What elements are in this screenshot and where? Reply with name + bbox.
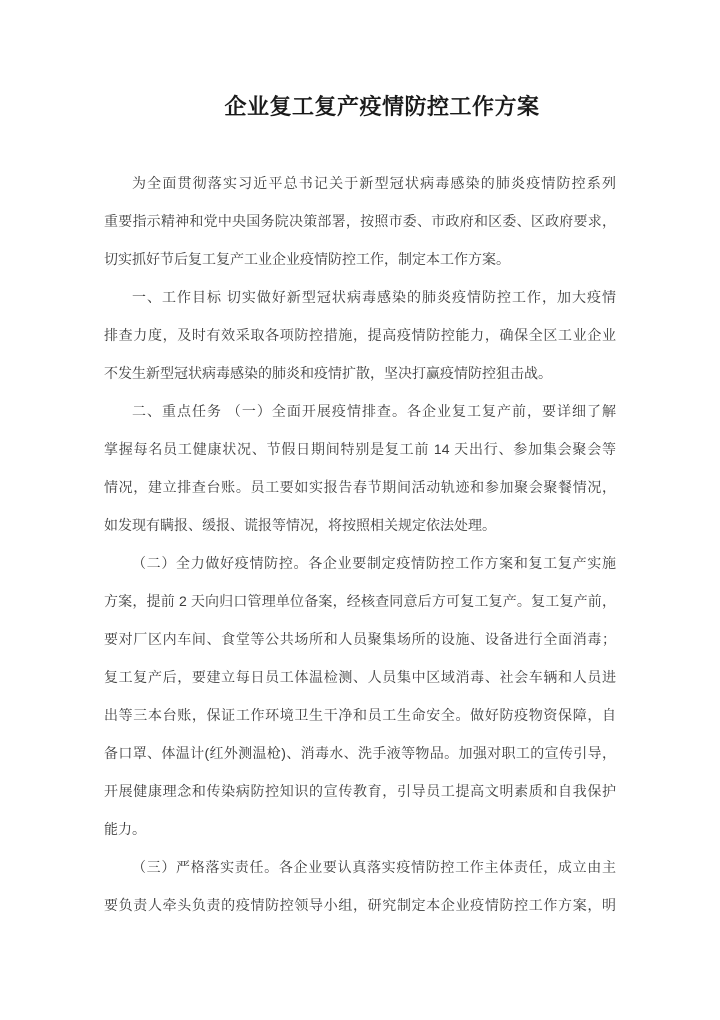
paragraph-work-goal: 一、工作目标 切实做好新型冠状病毒感染的肺炎疫情防控工作，加大疫情 排查力度，及… [104,278,616,392]
paragraph-intro: 为全面贯彻落实习近平总书记关于新型冠状病毒感染的肺炎疫情防控系列 重要指示精神和… [104,164,616,278]
document-line: 能力。 [104,810,616,848]
document-line: 掌握每名员工健康状况、节假日期间特别是复工前 14 天出行、参加集会聚会等 [104,430,616,468]
document-line: 要对厂区内车间、食堂等公共场所和人员聚集场所的设施、设备进行全面消毒； [104,620,616,658]
document-page: 企业复工复产疫情防控工作方案 为全面贯彻落实习近平总书记关于新型冠状病毒感染的肺… [0,0,720,1020]
document-line: 重要指示精神和党中央国务院决策部署，按照市委、市政府和区委、区政府要求， [104,202,616,240]
paragraph-key-task-3: （三）严格落实责任。各企业要认真落实疫情防控工作主体责任，成立由主 要负责人牵头… [104,848,616,924]
document-title: 企业复工复产疫情防控工作方案 [0,88,720,126]
document-line: 出等三本台账，保证工作环境卫生干净和员工生命安全。做好防疫物资保障，自 [104,696,616,734]
document-line: （三）严格落实责任。各企业要认真落实疫情防控工作主体责任，成立由主 [104,848,616,886]
document-line: 备口罩、体温计(红外测温枪)、消毒水、洗手液等物品。加强对职工的宣传引导， [104,734,616,772]
document-line: 方案，提前 2 天向归口管理单位备案，经核查同意后方可复工复产。复工复产前， [104,582,616,620]
document-line: 二、重点任务 （一）全面开展疫情排查。各企业复工复产前，要详细了解 [104,392,616,430]
document-line: 切实抓好节后复工复产工业企业疫情防控工作，制定本工作方案。 [104,240,616,278]
document-line: 复工复产后，要建立每日员工体温检测、人员集中区域消毒、社会车辆和人员进 [104,658,616,696]
document-line: 排查力度，及时有效采取各项防控措施，提高疫情防控能力，确保全区工业企业 [104,316,616,354]
document-line: 如发现有瞒报、缓报、谎报等情况，将按照相关规定依法处理。 [104,506,616,544]
paragraph-key-task-1: 二、重点任务 （一）全面开展疫情排查。各企业复工复产前，要详细了解 掌握每名员工… [104,392,616,544]
document-line: 不发生新型冠状病毒感染的肺炎和疫情扩散，坚决打赢疫情防控狙击战。 [104,354,616,392]
document-line: 要负责人牵头负责的疫情防控领导小组，研究制定本企业疫情防控工作方案，明 [104,886,616,924]
document-line: 情况，建立排查台账。员工要如实报告春节期间活动轨迹和参加聚会聚餐情况， [104,468,616,506]
document-line: 为全面贯彻落实习近平总书记关于新型冠状病毒感染的肺炎疫情防控系列 [104,164,616,202]
document-body: 为全面贯彻落实习近平总书记关于新型冠状病毒感染的肺炎疫情防控系列 重要指示精神和… [104,164,616,924]
document-line: （二）全力做好疫情防控。各企业要制定疫情防控工作方案和复工复产实施 [104,544,616,582]
document-line: 一、工作目标 切实做好新型冠状病毒感染的肺炎疫情防控工作，加大疫情 [104,278,616,316]
document-line: 开展健康理念和传染病防控知识的宣传教育，引导员工提高文明素质和自我保护 [104,772,616,810]
paragraph-key-task-2: （二）全力做好疫情防控。各企业要制定疫情防控工作方案和复工复产实施 方案，提前 … [104,544,616,848]
